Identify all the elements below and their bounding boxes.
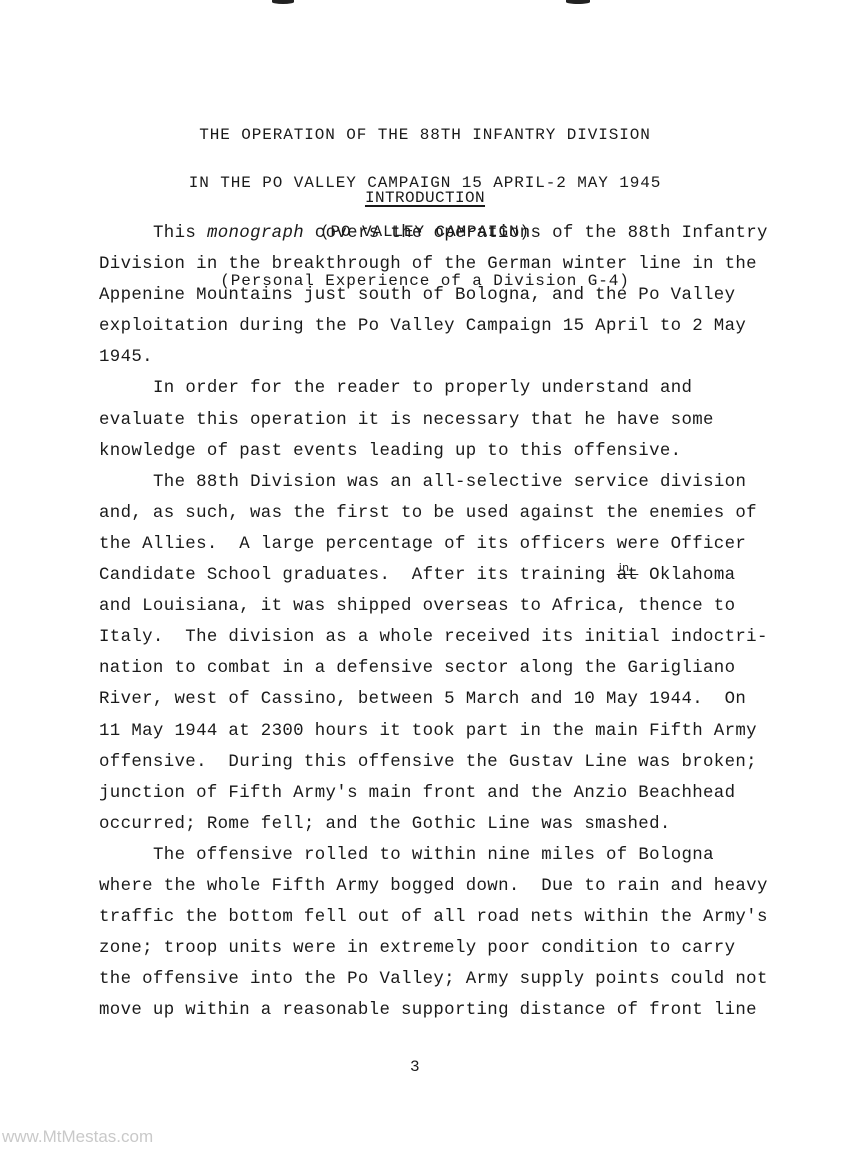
text-line: Division in the breakthrough of the Germ…	[99, 249, 799, 280]
struck-word: atin	[617, 566, 639, 585]
watermark: www.MtMestas.com	[2, 1127, 153, 1147]
text-line: junction of Fifth Army's main front and …	[99, 778, 799, 809]
text-line: zone; troop units were in extremely poor…	[99, 933, 799, 964]
text-line: This monograph covers the operations of …	[99, 218, 799, 249]
text-line: the Allies. A large percentage of its of…	[99, 529, 799, 560]
handwritten-insertion: in	[619, 552, 630, 583]
section-heading-text: INTRODUCTION	[365, 189, 485, 207]
section-heading: INTRODUCTION	[0, 189, 850, 207]
emphasized-word: monograph	[207, 224, 304, 243]
text-line: River, west of Cassino, between 5 March …	[99, 684, 799, 715]
text-line: The offensive rolled to within nine mile…	[99, 840, 799, 871]
text-line: knowledge of past events leading up to t…	[99, 436, 799, 467]
text-line: offensive. During this offensive the Gus…	[99, 747, 799, 778]
text-line: The 88th Division was an all-selective s…	[99, 467, 799, 498]
text-line: the offensive into the Po Valley; Army s…	[99, 964, 799, 995]
text-line: Appenine Mountains just south of Bologna…	[99, 280, 799, 311]
text-line: where the whole Fifth Army bogged down. …	[99, 871, 799, 902]
text-run: This	[153, 224, 207, 243]
text-line: and Louisiana, it was shipped overseas t…	[99, 591, 799, 622]
text-line: nation to combat in a defensive sector a…	[99, 653, 799, 684]
text-run: covers the operations of the 88th Infant…	[304, 224, 768, 243]
text-line: Candidate School graduates. After its tr…	[99, 560, 799, 591]
text-line: Italy. The division as a whole received …	[99, 622, 799, 653]
text-line: and, as such, was the first to be used a…	[99, 498, 799, 529]
title-line-1: THE OPERATION OF THE 88TH INFANTRY DIVIS…	[0, 127, 850, 143]
text-line: evaluate this operation it is necessary …	[99, 405, 799, 436]
text-line: 11 May 1944 at 2300 hours it took part i…	[99, 716, 799, 747]
text-line: traffic the bottom fell out of all road …	[99, 902, 799, 933]
page-number: 3	[410, 1058, 420, 1076]
text-line: exploitation during the Po Valley Campai…	[99, 311, 799, 342]
text-line: move up within a reasonable supporting d…	[99, 995, 799, 1026]
text-line: In order for the reader to properly unde…	[99, 373, 799, 404]
text-line: 1945.	[99, 342, 799, 373]
binding-mark-left	[272, 0, 294, 4]
text-line: occurred; Rome fell; and the Gothic Line…	[99, 809, 799, 840]
body-text: This monograph covers the operations of …	[99, 218, 799, 1026]
binding-mark-right	[566, 0, 590, 4]
